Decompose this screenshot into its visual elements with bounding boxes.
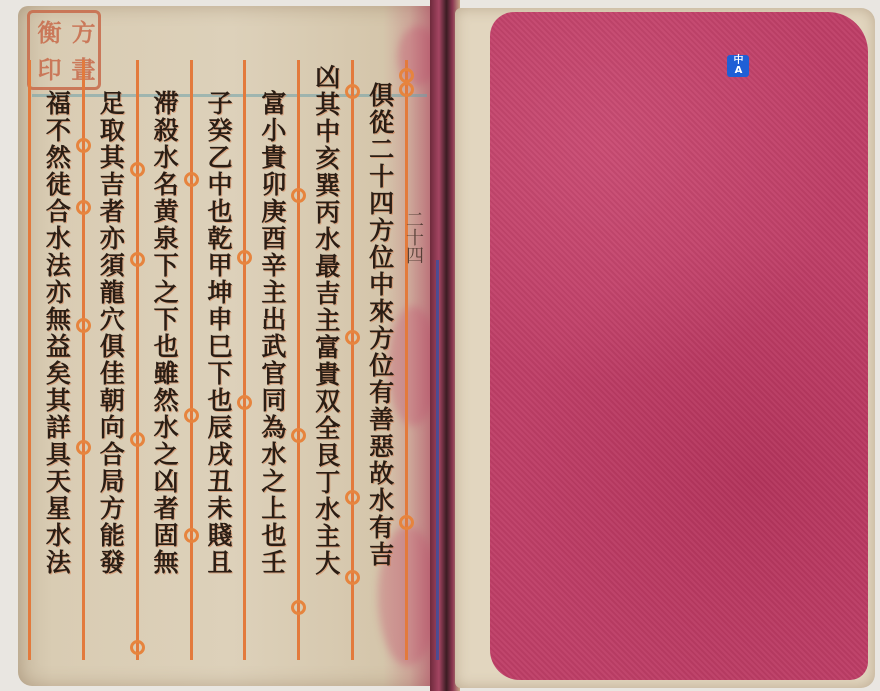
text-column: 福不然徒合水法亦無益矣其詳具天星水法 [28,60,82,660]
seal-char: 衡 [30,13,64,50]
column-text: 富小貴卯庚酉辛主出武官同為水之上也壬 [257,60,287,660]
punctuation-circle [76,138,91,153]
binding-thread [436,260,439,660]
red-cover [490,12,868,680]
punctuation-circle [130,162,145,177]
punctuation-circle [184,172,199,187]
punctuation-circle [130,640,145,655]
punctuation-circle [76,200,91,215]
punctuation-circle [184,408,199,423]
column-text: 子癸乙中也乾甲坤申巳下也辰戌丑未賤且 [203,60,233,660]
punctuation-circle [399,68,414,83]
text-column: 滞殺水名黄泉下之下也雖然水之凶者固無 [136,60,190,660]
translate-icon[interactable]: 中 A [727,55,749,77]
text-column: 子癸乙中也乾甲坤申巳下也辰戌丑未賤且 [190,60,244,660]
text-column: 俱從二十四方位中來方位有善惡故水有吉 [351,60,408,660]
punctuation-circle [76,440,91,455]
margin-page-number: 二十四 [400,210,426,264]
text-column: 足取其吉者亦須龍穴俱佳朝向合局方能發 [82,60,136,660]
punctuation-circle [76,318,91,333]
text-column: 富小貴卯庚酉辛主出武官同為水之上也壬 [243,60,297,660]
punctuation-circle [184,528,199,543]
punctuation-circle [130,432,145,447]
translate-badge-bottom: A [735,66,742,76]
column-text: 凶其中亥巽丙水最吉主富貴双全艮丁水主大 [311,60,341,660]
column-text: 俱從二十四方位中來方位有善惡故水有吉 [365,60,395,660]
text-column: 凶其中亥巽丙水最吉主富貴双全艮丁水主大 [297,60,351,660]
column-text: 福不然徒合水法亦無益矣其詳具天星水法 [41,60,71,660]
punctuation-circle [399,82,414,97]
seal-char: 方 [64,13,98,50]
column-text: 足取其吉者亦須龍穴俱佳朝向合局方能發 [95,60,125,660]
column-text: 滞殺水名黄泉下之下也雖然水之凶者固無 [149,60,179,660]
text-columns: 俱從二十四方位中來方位有善惡故水有吉 凶其中亥巽丙水最吉主富貴双全艮丁水主大 富… [28,60,408,660]
manuscript-photo: 衡 方 印 晝 俱從二十四方位中來方位有善惡故水有吉 凶其中亥巽丙水最吉主富貴双… [0,0,880,691]
punctuation-circle [399,515,414,530]
punctuation-circle [130,252,145,267]
